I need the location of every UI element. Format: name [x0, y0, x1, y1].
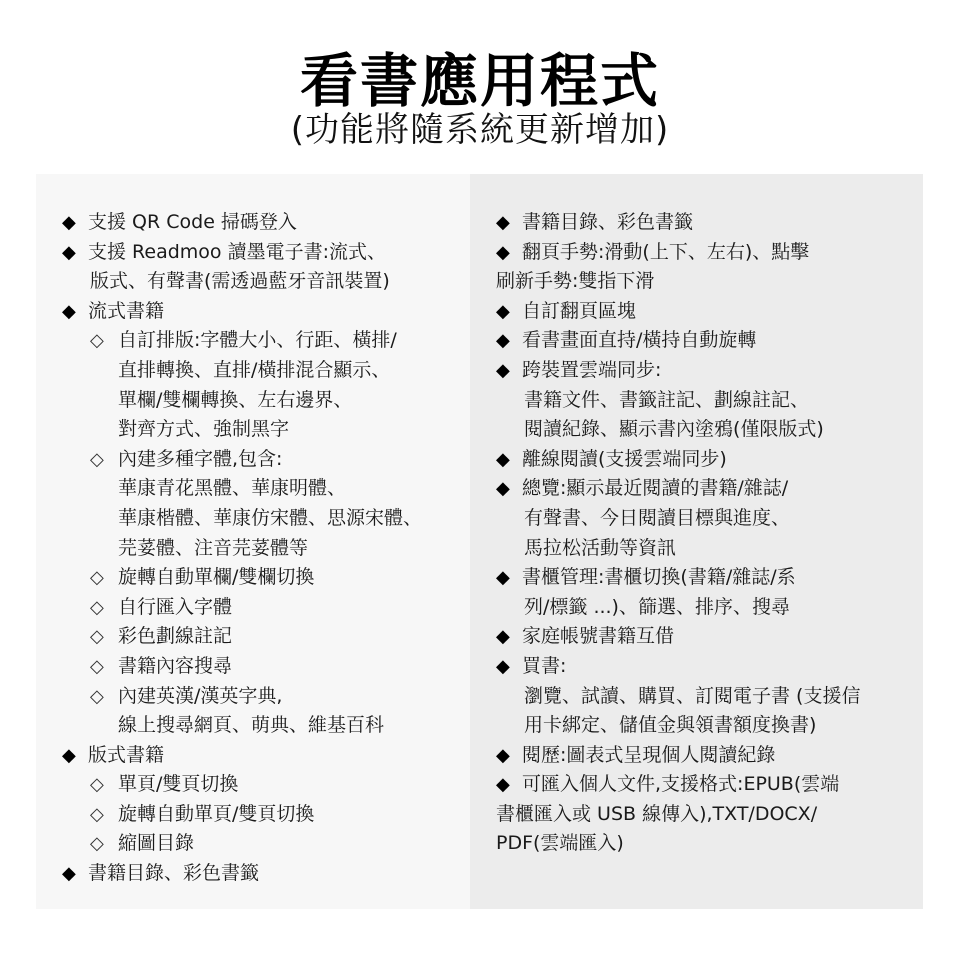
filled-diamond-bullet-icon: ◆	[496, 474, 522, 504]
filled-diamond-bullet-icon: ◆	[62, 859, 88, 889]
filled-diamond-bullet-icon: ◆	[496, 326, 522, 356]
feature-text: 線上搜尋網頁、萌典、維基百科	[118, 714, 384, 736]
filled-diamond-bullet-icon: ◆	[496, 297, 522, 327]
feature-text: 單欄/雙欄轉換、左右邊界、	[118, 389, 352, 411]
feature-text: 閱歷:圖表式呈現個人閱讀紀錄	[522, 744, 775, 766]
feature-text: 彩色劃線註記	[118, 625, 232, 647]
feature-line: 馬拉松活動等資訊	[496, 534, 923, 564]
feature-text: 家庭帳號書籍互借	[522, 625, 674, 647]
feature-line: 閱讀紀錄、顯示書內塗鴉(僅限版式)	[496, 415, 923, 445]
feature-text: 書籍目錄、彩色書籤	[88, 862, 259, 884]
hollow-diamond-bullet-icon: ◇	[90, 652, 118, 682]
feature-text: 看書畫面直持/橫持自動旋轉	[522, 329, 756, 351]
feature-text: 直排轉換、直排/橫排混合顯示、	[118, 359, 390, 381]
feature-line: ◆離線閱讀(支援雲端同步)	[496, 445, 923, 475]
feature-line: ◇縮圖目錄	[62, 829, 470, 859]
feature-text: 版式書籍	[88, 744, 164, 766]
filled-diamond-bullet-icon: ◆	[62, 238, 88, 268]
feature-line: ◇單頁/雙頁切換	[62, 770, 470, 800]
feature-text: 支援 Readmoo 讀墨電子書:流式、	[88, 241, 386, 263]
feature-line: 單欄/雙欄轉換、左右邊界、	[62, 386, 470, 416]
feature-line: ◆自訂翻頁區塊	[496, 297, 923, 327]
feature-text: 單頁/雙頁切換	[118, 773, 238, 795]
feature-line: 芫荽體、注音芫荽體等	[62, 534, 470, 564]
feature-line: ◆支援 QR Code 掃碼登入	[62, 208, 470, 238]
feature-text: 列/標籤 ...)、篩選、排序、搜尋	[524, 596, 790, 618]
feature-text: 旋轉自動單欄/雙欄切換	[118, 566, 314, 588]
filled-diamond-bullet-icon: ◆	[496, 770, 522, 800]
feature-text: 書籍內容搜尋	[118, 655, 232, 677]
feature-line: ◆家庭帳號書籍互借	[496, 622, 923, 652]
filled-diamond-bullet-icon: ◆	[496, 563, 522, 593]
feature-line: 華康楷體、華康仿宋體、思源宋體、	[62, 504, 470, 534]
feature-line: ◇自行匯入字體	[62, 593, 470, 623]
feature-line: 直排轉換、直排/橫排混合顯示、	[62, 356, 470, 386]
feature-line: 線上搜尋網頁、萌典、維基百科	[62, 711, 470, 741]
feature-text: 內建多種字體,包含:	[118, 448, 282, 470]
feature-line: ◆可匯入個人文件,支援格式:EPUB(雲端	[496, 770, 923, 800]
hollow-diamond-bullet-icon: ◇	[90, 770, 118, 800]
hollow-diamond-bullet-icon: ◇	[90, 829, 118, 859]
feature-text: 離線閱讀(支援雲端同步)	[522, 448, 727, 470]
feature-text: 馬拉松活動等資訊	[524, 537, 676, 559]
feature-line: ◆書籍目錄、彩色書籤	[62, 859, 470, 889]
feature-text: 縮圖目錄	[118, 832, 194, 854]
feature-text: 對齊方式、強制黑字	[118, 418, 289, 440]
feature-line: 用卡綁定、儲值金與領書額度換書)	[496, 711, 923, 741]
hollow-diamond-bullet-icon: ◇	[90, 563, 118, 593]
filled-diamond-bullet-icon: ◆	[496, 238, 522, 268]
feature-text: 用卡綁定、儲值金與領書額度換書)	[524, 714, 816, 736]
filled-diamond-bullet-icon: ◆	[496, 622, 522, 652]
feature-text: 跨裝置雲端同步:	[522, 359, 661, 381]
feature-line: ◇旋轉自動單欄/雙欄切換	[62, 563, 470, 593]
filled-diamond-bullet-icon: ◆	[62, 741, 88, 771]
feature-text: 書籍文件、書籤註記、劃線註記、	[524, 389, 809, 411]
feature-text: 華康青花黑體、華康明體、	[118, 477, 346, 499]
feature-line: ◆書櫃管理:書櫃切換(書籍/雜誌/系	[496, 563, 923, 593]
feature-text: 刷新手勢:雙指下滑	[496, 270, 654, 292]
feature-line: 版式、有聲書(需透過藍牙音訊裝置)	[62, 267, 470, 297]
filled-diamond-bullet-icon: ◆	[62, 208, 88, 238]
filled-diamond-bullet-icon: ◆	[496, 356, 522, 386]
feature-text: 書櫃匯入或 USB 線傳入),TXT/DOCX/	[496, 803, 817, 825]
filled-diamond-bullet-icon: ◆	[496, 445, 522, 475]
feature-line: ◇自訂排版:字體大小、行距、橫排/	[62, 326, 470, 356]
feature-line: ◆流式書籍	[62, 297, 470, 327]
feature-line: ◆書籍目錄、彩色書籤	[496, 208, 923, 238]
feature-line: ◆買書:	[496, 652, 923, 682]
feature-line: ◆版式書籍	[62, 741, 470, 771]
feature-line: 列/標籤 ...)、篩選、排序、搜尋	[496, 593, 923, 623]
page-subtitle: (功能將隨系統更新增加)	[0, 108, 960, 152]
feature-line: 刷新手勢:雙指下滑	[496, 267, 923, 297]
feature-line: ◆閱歷:圖表式呈現個人閱讀紀錄	[496, 741, 923, 771]
feature-line: 書籍文件、書籤註記、劃線註記、	[496, 386, 923, 416]
feature-line: 華康青花黑體、華康明體、	[62, 474, 470, 504]
feature-text: 可匯入個人文件,支援格式:EPUB(雲端	[522, 773, 839, 795]
feature-text: 內建英漢/漢英字典,	[118, 685, 282, 707]
feature-line: 對齊方式、強制黑字	[62, 415, 470, 445]
feature-line: 書櫃匯入或 USB 線傳入),TXT/DOCX/	[496, 800, 923, 830]
feature-text: 旋轉自動單頁/雙頁切換	[118, 803, 314, 825]
feature-line: ◇書籍內容搜尋	[62, 652, 470, 682]
feature-line: PDF(雲端匯入)	[496, 829, 923, 859]
hollow-diamond-bullet-icon: ◇	[90, 622, 118, 652]
hollow-diamond-bullet-icon: ◇	[90, 445, 118, 475]
hollow-diamond-bullet-icon: ◇	[90, 800, 118, 830]
feature-text: 翻頁手勢:滑動(上下、左右)、點擊	[522, 241, 809, 263]
feature-text: 自訂翻頁區塊	[522, 300, 636, 322]
feature-line: ◇內建多種字體,包含:	[62, 445, 470, 475]
feature-line: ◆翻頁手勢:滑動(上下、左右)、點擊	[496, 238, 923, 268]
feature-line: ◆跨裝置雲端同步:	[496, 356, 923, 386]
feature-text: PDF(雲端匯入)	[496, 832, 624, 854]
feature-text: 總覽:顯示最近閱讀的書籍/雜誌/	[522, 477, 788, 499]
hollow-diamond-bullet-icon: ◇	[90, 682, 118, 712]
filled-diamond-bullet-icon: ◆	[496, 652, 522, 682]
feature-text: 流式書籍	[88, 300, 164, 322]
feature-text: 自行匯入字體	[118, 596, 232, 618]
feature-line: ◇彩色劃線註記	[62, 622, 470, 652]
feature-text: 華康楷體、華康仿宋體、思源宋體、	[118, 507, 422, 529]
feature-text: 買書:	[522, 655, 566, 677]
feature-line: ◇內建英漢/漢英字典,	[62, 682, 470, 712]
feature-line: ◆看書畫面直持/橫持自動旋轉	[496, 326, 923, 356]
feature-text: 瀏覽、試讀、購買、訂閱電子書 (支援信	[524, 685, 860, 707]
feature-text: 書籍目錄、彩色書籤	[522, 211, 693, 233]
feature-text: 芫荽體、注音芫荽體等	[118, 537, 308, 559]
hollow-diamond-bullet-icon: ◇	[90, 593, 118, 623]
filled-diamond-bullet-icon: ◆	[496, 208, 522, 238]
feature-text: 有聲書、今日閱讀目標與進度、	[524, 507, 790, 529]
feature-text: 閱讀紀錄、顯示書內塗鴉(僅限版式)	[524, 418, 824, 440]
feature-text: 自訂排版:字體大小、行距、橫排/	[118, 329, 397, 351]
feature-line: ◇旋轉自動單頁/雙頁切換	[62, 800, 470, 830]
feature-line: ◆支援 Readmoo 讀墨電子書:流式、	[62, 238, 470, 268]
page-title: 看書應用程式	[0, 46, 960, 116]
filled-diamond-bullet-icon: ◆	[496, 741, 522, 771]
hollow-diamond-bullet-icon: ◇	[90, 326, 118, 356]
filled-diamond-bullet-icon: ◆	[62, 297, 88, 327]
left-feature-panel: ◆支援 QR Code 掃碼登入◆支援 Readmoo 讀墨電子書:流式、版式、…	[36, 174, 470, 909]
feature-text: 版式、有聲書(需透過藍牙音訊裝置)	[90, 270, 390, 292]
feature-line: 瀏覽、試讀、購買、訂閱電子書 (支援信	[496, 682, 923, 712]
right-feature-panel: ◆書籍目錄、彩色書籤◆翻頁手勢:滑動(上下、左右)、點擊刷新手勢:雙指下滑◆自訂…	[470, 174, 923, 909]
feature-text: 書櫃管理:書櫃切換(書籍/雜誌/系	[522, 566, 796, 588]
feature-text: 支援 QR Code 掃碼登入	[88, 211, 297, 233]
feature-line: 有聲書、今日閱讀目標與進度、	[496, 504, 923, 534]
feature-line: ◆總覽:顯示最近閱讀的書籍/雜誌/	[496, 474, 923, 504]
